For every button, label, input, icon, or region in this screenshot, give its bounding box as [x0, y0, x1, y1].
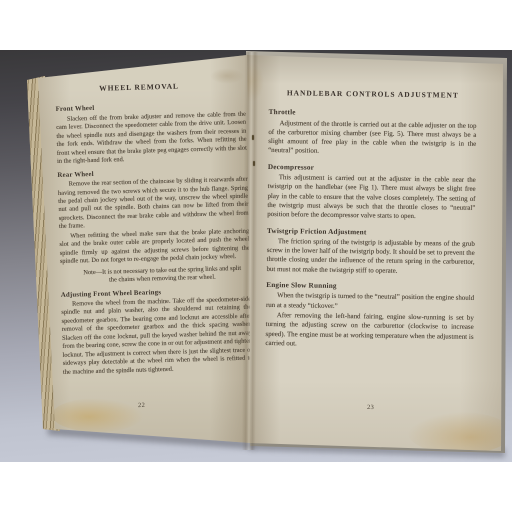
section-paragraph: The friction spring of the twistgrip is …: [266, 237, 474, 277]
staple: [252, 135, 254, 140]
photo-frame: WHEEL REMOVAL Front Wheel Slacken off th…: [0, 0, 512, 512]
book-photograph: WHEEL REMOVAL Front Wheel Slacken off th…: [0, 50, 512, 462]
left-page-number: 22: [138, 402, 145, 409]
paper-stain: [52, 398, 144, 432]
section-paragraph: Slacken off the from brake adjuster and …: [56, 111, 247, 167]
rear-wheel-note: Note—It is not necessary to take out the…: [80, 264, 244, 285]
staple: [253, 161, 255, 166]
open-manual-booklet: WHEEL REMOVAL Front Wheel Slacken off th…: [0, 50, 512, 462]
section-paragraph: Adjustment of the throttle is carried ou…: [268, 119, 476, 159]
right-page-title: HANDLEBAR CONTROLS ADJUSTMENT: [269, 88, 477, 100]
section-paragraph: Remove the wheel from the machine. Take …: [61, 296, 253, 377]
section-paragraph: When refitting the wheel make sure that …: [59, 227, 250, 266]
centre-fold-crease: [242, 52, 259, 450]
right-page-text-block: HANDLEBAR CONTROLS ADJUSTMENT Throttle A…: [265, 88, 477, 352]
right-page-number: 23: [367, 404, 374, 411]
section-paragraph: When the twistgrip is turned to the “neu…: [266, 291, 474, 312]
section-paragraph: After removing the left-hand fairing, en…: [265, 311, 473, 351]
paper-stain: [408, 412, 512, 454]
section-paragraph: This adjustment is carried out at the ad…: [267, 173, 476, 222]
left-page-text-block: WHEEL REMOVAL Front Wheel Slacken off th…: [55, 81, 253, 378]
section-paragraph: Remove the rear section of the chaincase…: [58, 176, 249, 232]
left-page-title: WHEEL REMOVAL: [55, 81, 245, 95]
